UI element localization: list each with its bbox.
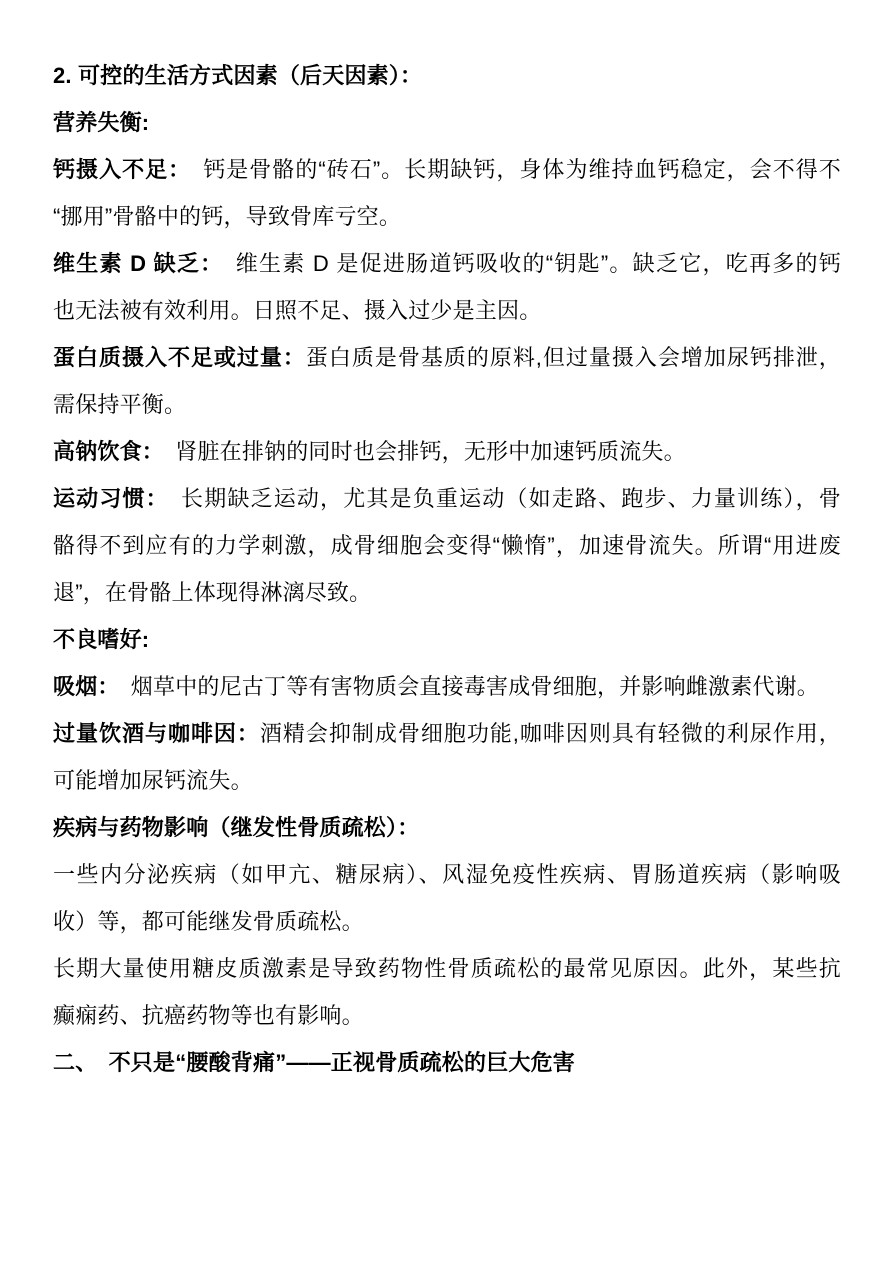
body-text: “挪用”骨骼中的钙，导致骨库亏空。 [53,204,401,229]
body-text: 酒精会抑制成骨细胞功能,咖啡因则具有轻微的利尿作用， [260,721,841,746]
body-text: 肾脏在排钠的同时也会排钙，无形中加速钙质流失。 [153,439,686,464]
text-line: 也无法被有效利用。日照不足、摄入过少是主因。 [53,287,841,334]
body-text: 收）等，都可能继发骨质疏松。 [53,909,364,934]
text-line: 二、 不只是“腰酸背痛”——正视骨质疏松的巨大危害 [53,1039,841,1086]
heading-paragraph: 二、 不只是“腰酸背痛”——正视骨质疏松的巨大危害 [53,1039,841,1086]
text-line: 钙摄入不足： 钙是骨骼的“砖石”。长期缺钙，身体为维持血钙稳定，会不得不 [53,146,841,193]
body-paragraph: 运动习惯： 长期缺乏运动，尤其是负重运动（如走路、跑步、力量训练），骨骼得不到应… [53,475,841,616]
body-paragraph: 长期大量使用糖皮质激素是导致药物性骨质疏松的最常见原因。此外，某些抗癫痫药、抗癌… [53,945,841,1039]
text-line: 运动习惯： 长期缺乏运动，尤其是负重运动（如走路、跑步、力量训练），骨 [53,475,841,522]
body-text: 蛋白质是骨基质的原料,但过量摄入会增加尿钙排泄， [306,345,841,370]
text-line: 蛋白质摄入不足或过量：蛋白质是骨基质的原料,但过量摄入会增加尿钙排泄， [53,334,841,381]
body-text: 可能增加尿钙流失。 [53,768,253,793]
heading-paragraph: 营养失衡: [53,99,841,146]
emphasized-text: 2. 可控的生活方式因素（后天因素）： [53,63,422,88]
body-text: 长期缺乏运动，尤其是负重运动（如走路、跑步、力量训练），骨 [158,486,841,511]
body-paragraph: 蛋白质摄入不足或过量：蛋白质是骨基质的原料,但过量摄入会增加尿钙排泄，需保持平衡… [53,334,841,428]
emphasized-text: 钙摄入不足： [53,157,180,182]
text-line: “挪用”骨骼中的钙，导致骨库亏空。 [53,193,841,240]
body-text: 需保持平衡。 [53,392,186,417]
emphasized-text: 疾病与药物影响（继发性骨质疏松）： [53,815,419,840]
text-line: 维生素 D 缺乏： 维生素 D 是促进肠道钙吸收的“钥匙”。缺乏它，吃再多的钙 [53,240,841,287]
heading-paragraph: 2. 可控的生活方式因素（后天因素）： [53,52,841,99]
body-text: 长期大量使用糖皮质激素是导致药物性骨质疏松的最常见原因。此外，某些抗 [53,956,841,981]
emphasized-text: 过量饮酒与咖啡因： [53,721,260,746]
text-line: 长期大量使用糖皮质激素是导致药物性骨质疏松的最常见原因。此外，某些抗 [53,945,841,992]
emphasized-text: 高钠饮食： [53,439,153,464]
body-text: 退”，在骨骼上体现得淋漓尽致。 [53,580,371,605]
text-line: 过量饮酒与咖啡因：酒精会抑制成骨细胞功能,咖啡因则具有轻微的利尿作用， [53,710,841,757]
text-line: 一些内分泌疾病（如甲亢、糖尿病）、风湿免疫性疾病、胃肠道疾病（影响吸 [53,851,841,898]
body-paragraph: 一些内分泌疾病（如甲亢、糖尿病）、风湿免疫性疾病、胃肠道疾病（影响吸收）等，都可… [53,851,841,945]
emphasized-text: 蛋白质摄入不足或过量： [53,345,306,370]
text-line: 需保持平衡。 [53,381,841,428]
body-text: 维生素 D 是促进肠道钙吸收的“钥匙”。缺乏它，吃再多的钙 [212,251,841,276]
text-line: 营养失衡: [53,99,841,146]
body-text: 骼得不到应有的力学刺激，成骨细胞会变得“懒惰”，加速骨流失。所谓“用进废 [53,533,841,558]
text-line: 退”，在骨骼上体现得淋漓尽致。 [53,569,841,616]
text-line: 不良嗜好: [53,616,841,663]
body-text: 癫痫药、抗癌药物等也有影响。 [53,1003,364,1028]
text-line: 骼得不到应有的力学刺激，成骨细胞会变得“懒惰”，加速骨流失。所谓“用进废 [53,522,841,569]
text-line: 疾病与药物影响（继发性骨质疏松）： [53,804,841,851]
emphasized-text: 不良嗜好: [53,627,149,652]
text-line: 高钠饮食： 肾脏在排钠的同时也会排钙，无形中加速钙质流失。 [53,428,841,475]
document-page: 2. 可控的生活方式因素（后天因素）：营养失衡:钙摄入不足： 钙是骨骼的“砖石”… [0,0,893,1262]
body-paragraph: 过量饮酒与咖啡因：酒精会抑制成骨细胞功能,咖啡因则具有轻微的利尿作用，可能增加尿… [53,710,841,804]
body-paragraph: 维生素 D 缺乏： 维生素 D 是促进肠道钙吸收的“钥匙”。缺乏它，吃再多的钙也… [53,240,841,334]
emphasized-text: 营养失衡: [53,110,149,135]
emphasized-text: 吸烟： [53,674,109,699]
body-text: 钙是骨骼的“砖石”。长期缺钙，身体为维持血钙稳定，会不得不 [180,157,841,182]
document-content: 2. 可控的生活方式因素（后天因素）：营养失衡:钙摄入不足： 钙是骨骼的“砖石”… [53,52,841,1086]
emphasized-text: 二、 不只是“腰酸背痛”——正视骨质疏松的巨大危害 [53,1050,575,1075]
text-line: 2. 可控的生活方式因素（后天因素）： [53,52,841,99]
emphasized-text: 维生素 D 缺乏： [53,251,212,276]
body-paragraph: 高钠饮食： 肾脏在排钠的同时也会排钙，无形中加速钙质流失。 [53,428,841,475]
text-line: 癫痫药、抗癌药物等也有影响。 [53,992,841,1039]
body-text: 烟草中的尼古丁等有害物质会直接毒害成骨细胞，并影响雌激素代谢。 [109,674,819,699]
text-line: 收）等，都可能继发骨质疏松。 [53,898,841,945]
heading-paragraph: 疾病与药物影响（继发性骨质疏松）： [53,804,841,851]
body-text: 也无法被有效利用。日照不足、摄入过少是主因。 [53,298,541,323]
body-paragraph: 吸烟： 烟草中的尼古丁等有害物质会直接毒害成骨细胞，并影响雌激素代谢。 [53,663,841,710]
emphasized-text: 运动习惯： [53,486,158,511]
heading-paragraph: 不良嗜好: [53,616,841,663]
text-line: 可能增加尿钙流失。 [53,757,841,804]
body-text: 一些内分泌疾病（如甲亢、糖尿病）、风湿免疫性疾病、胃肠道疾病（影响吸 [53,862,841,887]
body-paragraph: 钙摄入不足： 钙是骨骼的“砖石”。长期缺钙，身体为维持血钙稳定，会不得不“挪用”… [53,146,841,240]
text-line: 吸烟： 烟草中的尼古丁等有害物质会直接毒害成骨细胞，并影响雌激素代谢。 [53,663,841,710]
